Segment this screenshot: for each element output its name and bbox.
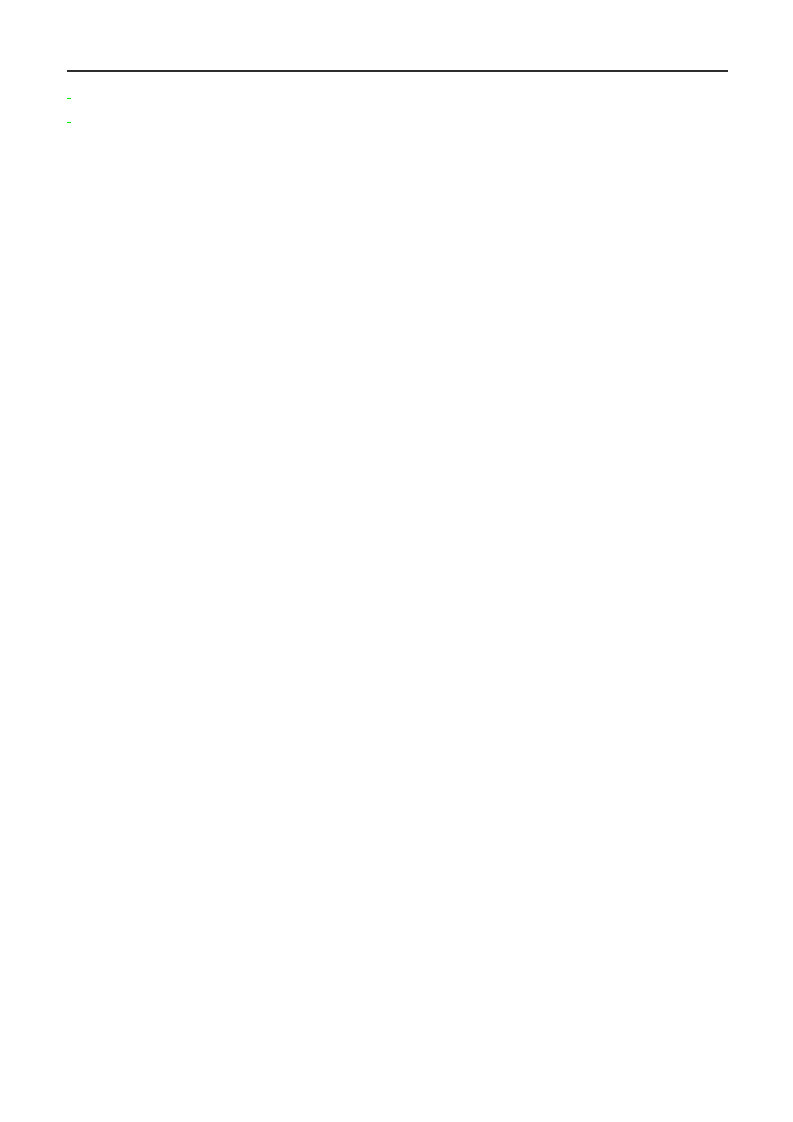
section2-header-row xyxy=(67,87,729,104)
section2-header xyxy=(67,98,71,99)
page-content xyxy=(0,70,793,128)
document-page xyxy=(0,0,793,1122)
section3-header xyxy=(67,122,71,123)
horizontal-rule xyxy=(67,70,728,72)
section3-header-row xyxy=(67,111,729,128)
